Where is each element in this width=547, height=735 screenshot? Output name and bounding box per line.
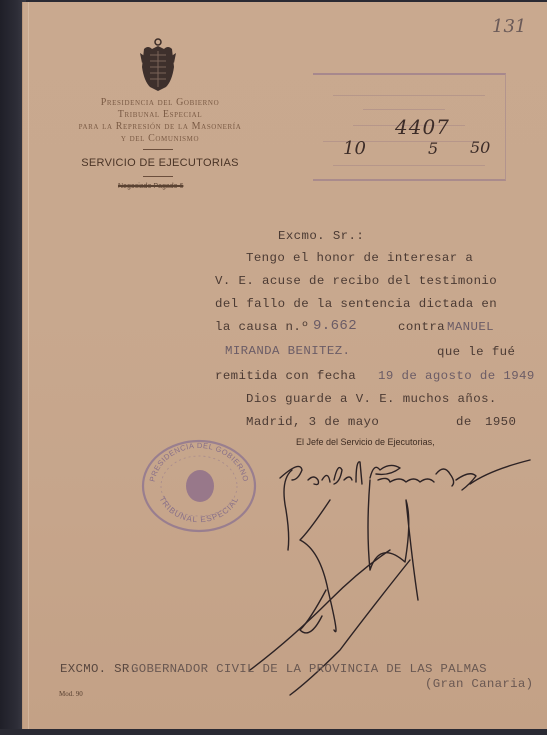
- folio-number: 131: [492, 16, 526, 37]
- addressee-line-2: (Gran Canaria): [425, 677, 533, 691]
- service-title: SERVICIO DE EJECUTORIAS: [60, 157, 260, 169]
- body-line-1: Tengo el honor de interesar a: [246, 251, 473, 265]
- defendant-last-name: MIRANDA BENITEZ.: [225, 344, 350, 358]
- body-line-5: que le fué: [437, 345, 515, 359]
- letterhead-line-2: Tribunal Especial: [60, 109, 260, 120]
- addressee-line-1-prefix: EXCMO. SR.: [60, 662, 137, 676]
- body-line-6-prefix: remitida con fecha: [215, 369, 356, 383]
- coat-of-arms-icon: [138, 37, 178, 92]
- divider: [143, 149, 173, 150]
- body-line-4-contra: contra: [398, 320, 445, 334]
- place-date-year: 1950: [485, 415, 516, 429]
- place-date: Madrid, 3 de mayo: [246, 415, 379, 429]
- handwritten-signature: Rafael Enríquez: [230, 440, 547, 700]
- closing-line: Dios guarde a V. E. muchos años.: [246, 392, 497, 406]
- registry-month: 5: [428, 139, 438, 158]
- body-line-3: del fallo de la sentencia dictada en: [215, 297, 497, 311]
- page-bottom-edge: [0, 729, 547, 735]
- registry-year: 50: [470, 138, 490, 157]
- sent-date: 19 de agosto de 1949: [378, 369, 535, 383]
- body-line-2: V. E. acuse de recibo del testimonio: [215, 274, 497, 288]
- defendant-first-name: MANUEL: [447, 320, 494, 334]
- place-date-de: de: [456, 415, 472, 429]
- letterhead-line-3: para la Represión de la Masonería: [60, 121, 260, 132]
- letterhead-line-4: y del Comunismo: [60, 133, 260, 144]
- case-number: 9.662: [313, 318, 357, 334]
- letterhead-line-1: Presidencia del Gobierno: [60, 97, 260, 108]
- divider: [143, 176, 173, 177]
- registry-number: 4407: [395, 115, 450, 139]
- registry-day: 10: [343, 138, 366, 159]
- body-line-4-prefix: la causa n.º: [215, 320, 309, 334]
- form-model-number: Mod. 90: [59, 690, 83, 698]
- addressee-line-1: GOBERNADOR CIVIL DE LA PROVINCIA DE LAS …: [131, 662, 487, 676]
- salutation: Excmo. Sr.:: [278, 229, 364, 243]
- struck-department-line: Negociado Pagado 6: [118, 183, 183, 190]
